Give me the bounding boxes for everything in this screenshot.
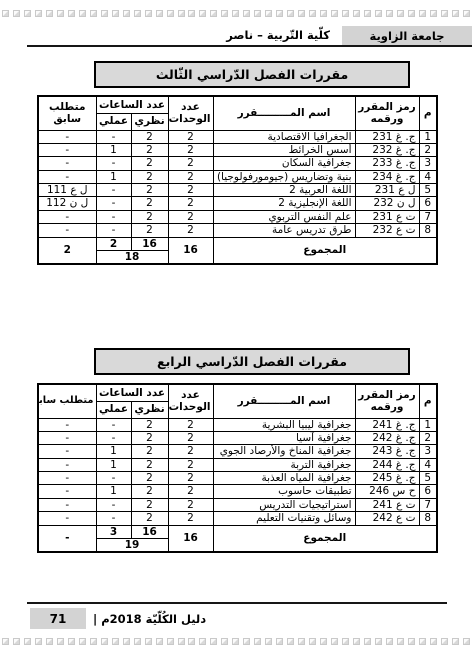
row-number-cell: 1 bbox=[419, 418, 437, 431]
row-number-cell: 5 bbox=[419, 184, 437, 197]
theory-hours-cell: 2 bbox=[131, 210, 168, 223]
row-number-cell: 3 bbox=[419, 157, 437, 170]
prerequisite-cell: - bbox=[38, 485, 96, 498]
total-hours-sum-cell: 18 bbox=[96, 250, 168, 264]
theory-hours-cell: 2 bbox=[131, 170, 168, 183]
prerequisite-cell: - bbox=[38, 472, 96, 485]
units-cell: 2 bbox=[168, 498, 213, 511]
page-number: 71 bbox=[50, 612, 67, 626]
course-code-cell: ج. غ 244 bbox=[355, 458, 419, 471]
ornament-square-icon bbox=[57, 638, 64, 645]
course-code-cell: ج. غ 234 bbox=[355, 170, 419, 183]
ornament-square-icon bbox=[419, 10, 426, 17]
prerequisite-cell: - bbox=[38, 143, 96, 156]
practical-hours-cell: 1 bbox=[96, 170, 131, 183]
prerequisite-cell: ل ن 112 bbox=[38, 197, 96, 210]
units-cell: 2 bbox=[168, 143, 213, 156]
table-body: 1ج. غ 231الجغرافيا الاقتصادية22--2ج. غ 2… bbox=[38, 130, 437, 237]
units-cell: 2 bbox=[168, 485, 213, 498]
ornament-square-icon bbox=[298, 10, 305, 17]
theory-hours-cell: 2 bbox=[131, 445, 168, 458]
prerequisite-cell: - bbox=[38, 210, 96, 223]
theory-hours-cell: 2 bbox=[131, 431, 168, 444]
practical-hours-cell: 1 bbox=[96, 143, 131, 156]
total-theory-cell: 16 bbox=[131, 525, 168, 538]
ornament-square-icon bbox=[463, 638, 470, 645]
theory-hours-cell: 2 bbox=[131, 184, 168, 197]
semester3-courses-table: م رمز المقرر ورقمه اسم المـــــــــقرر ع… bbox=[37, 95, 438, 265]
practical-hours-cell: - bbox=[96, 472, 131, 485]
university-name-box: جامعة الزاوية bbox=[342, 26, 472, 45]
ornament-square-icon bbox=[276, 10, 283, 17]
ornament-square-icon bbox=[221, 10, 228, 17]
course-code-cell: ج. غ 243 bbox=[355, 445, 419, 458]
row-number-cell: 8 bbox=[419, 224, 437, 237]
theory-hours-cell: 2 bbox=[131, 472, 168, 485]
course-name-cell: بنية وتضاريس (جيومورفولوجيا) bbox=[213, 170, 355, 183]
ornament-square-icon bbox=[101, 10, 108, 17]
row-number-cell: 8 bbox=[419, 512, 437, 525]
header-rule bbox=[27, 45, 472, 47]
course-name-cell: اللغة الإنجليزية 2 bbox=[213, 197, 355, 210]
ornament-square-icon bbox=[134, 638, 141, 645]
prerequisite-cell: - bbox=[38, 498, 96, 511]
ornament-square-icon bbox=[57, 10, 64, 17]
ornament-square-icon bbox=[156, 638, 163, 645]
practical-hours-cell: - bbox=[96, 197, 131, 210]
ornament-square-icon bbox=[364, 10, 371, 17]
top-ornament-border bbox=[2, 10, 470, 19]
row-number-cell: 6 bbox=[419, 485, 437, 498]
units-cell: 2 bbox=[168, 418, 213, 431]
prerequisite-cell: - bbox=[38, 224, 96, 237]
units-cell: 2 bbox=[168, 224, 213, 237]
ornament-square-icon bbox=[13, 10, 20, 17]
ornament-square-icon bbox=[309, 638, 316, 645]
theory-hours-cell: 2 bbox=[131, 458, 168, 471]
row-number-cell: 4 bbox=[419, 170, 437, 183]
course-code-cell: ج. غ 241 bbox=[355, 418, 419, 431]
course-row: 5ج. غ 245جغرافية المياه العذبة22-- bbox=[38, 472, 437, 485]
ornament-square-icon bbox=[452, 638, 459, 645]
total-label-cell: المجموع bbox=[213, 237, 437, 264]
course-code-cell: ج. غ 233 bbox=[355, 157, 419, 170]
ornament-square-icon bbox=[90, 638, 97, 645]
course-row: 6ل ن 232اللغة الإنجليزية 222-ل ن 112 bbox=[38, 197, 437, 210]
practical-hours-cell: - bbox=[96, 130, 131, 143]
course-name-cell: جغرافية آسيا bbox=[213, 431, 355, 444]
guide-label: دليل الكُلّيّة 2018م | bbox=[93, 612, 206, 626]
course-name-cell: جغرافية السكان bbox=[213, 157, 355, 170]
ornament-square-icon bbox=[364, 638, 371, 645]
col-header-course-name: اسم المـــــــــقرر bbox=[213, 384, 355, 418]
prerequisite-cell: - bbox=[38, 130, 96, 143]
ornament-square-icon bbox=[210, 10, 217, 17]
course-code-cell: ت ع 231 bbox=[355, 210, 419, 223]
ornament-square-icon bbox=[287, 638, 294, 645]
ornament-square-icon bbox=[287, 10, 294, 17]
prerequisite-cell: - bbox=[38, 512, 96, 525]
units-cell: 2 bbox=[168, 472, 213, 485]
semester3-title: مقررات الفصل الدّراسي الثّالث bbox=[156, 67, 348, 82]
ornament-square-icon bbox=[2, 638, 9, 645]
course-row: 8ت ع 232طرق تدريس عامة22-- bbox=[38, 224, 437, 237]
course-row: 2ج. غ 242جغرافية آسيا22-- bbox=[38, 431, 437, 444]
col-header-theory: نظري bbox=[131, 113, 168, 130]
course-code-cell: ل ن 232 bbox=[355, 197, 419, 210]
ornament-square-icon bbox=[101, 638, 108, 645]
col-header-course-name: اسم المـــــــــقرر bbox=[213, 96, 355, 130]
course-row: 1ج. غ 241جغرافية ليبيا البشرية22-- bbox=[38, 418, 437, 431]
units-cell: 2 bbox=[168, 130, 213, 143]
ornament-square-icon bbox=[265, 638, 272, 645]
prerequisite-cell: - bbox=[38, 445, 96, 458]
ornament-square-icon bbox=[232, 638, 239, 645]
col-header-course-code: رمز المقرر ورقمه bbox=[355, 384, 419, 418]
course-row: 4ج. غ 244جغرافية التربة221- bbox=[38, 458, 437, 471]
prerequisite-cell: - bbox=[38, 458, 96, 471]
course-name-cell: جغرافية ليبيا البشرية bbox=[213, 418, 355, 431]
total-units-cell: 16 bbox=[168, 237, 213, 264]
units-cell: 2 bbox=[168, 157, 213, 170]
practical-hours-cell: - bbox=[96, 418, 131, 431]
ornament-square-icon bbox=[452, 10, 459, 17]
prerequisite-cell: - bbox=[38, 431, 96, 444]
ornament-square-icon bbox=[35, 10, 42, 17]
ornament-square-icon bbox=[46, 638, 53, 645]
course-name-cell: وسائل وتقنيات التعليم bbox=[213, 512, 355, 525]
ornament-square-icon bbox=[386, 638, 393, 645]
course-name-cell: أسس الخرائط bbox=[213, 143, 355, 156]
total-practical-cell: 3 bbox=[96, 525, 131, 538]
total-theory-cell: 16 bbox=[131, 237, 168, 250]
ornament-square-icon bbox=[178, 10, 185, 17]
ornament-square-icon bbox=[276, 638, 283, 645]
total-prerequisite-cell: - bbox=[38, 525, 96, 552]
practical-hours-cell: - bbox=[96, 184, 131, 197]
course-row: 4ج. غ 234بنية وتضاريس (جيومورفولوجيا)221… bbox=[38, 170, 437, 183]
total-prerequisite-cell: 2 bbox=[38, 237, 96, 264]
course-code-cell: ج. غ 231 bbox=[355, 130, 419, 143]
ornament-square-icon bbox=[397, 638, 404, 645]
col-header-prerequisite: متطلب سابق bbox=[38, 384, 96, 418]
ornament-square-icon bbox=[156, 10, 163, 17]
ornament-square-icon bbox=[134, 10, 141, 17]
course-row: 3ج. غ 243جغرافية المناخ والأرصاد الجوي22… bbox=[38, 445, 437, 458]
course-row: 2ج. غ 232أسس الخرائط221- bbox=[38, 143, 437, 156]
units-cell: 2 bbox=[168, 431, 213, 444]
theory-hours-cell: 2 bbox=[131, 130, 168, 143]
ornament-square-icon bbox=[145, 638, 152, 645]
ornament-square-icon bbox=[167, 10, 174, 17]
ornament-square-icon bbox=[68, 638, 75, 645]
units-cell: 2 bbox=[168, 170, 213, 183]
document-page: جامعة الزاوية كلّية التّربية – ناصر مقرر… bbox=[0, 0, 472, 668]
theory-hours-cell: 2 bbox=[131, 224, 168, 237]
ornament-square-icon bbox=[320, 638, 327, 645]
theory-hours-cell: 2 bbox=[131, 157, 168, 170]
ornament-square-icon bbox=[430, 10, 437, 17]
course-row: 5ل ع 231اللغة العربية 222-ل ع 111 bbox=[38, 184, 437, 197]
course-row: 8ت ع 242وسائل وتقنيات التعليم22-- bbox=[38, 512, 437, 525]
ornament-square-icon bbox=[441, 10, 448, 17]
row-number-cell: 7 bbox=[419, 498, 437, 511]
ornament-square-icon bbox=[408, 10, 415, 17]
course-row: 1ج. غ 231الجغرافيا الاقتصادية22-- bbox=[38, 130, 437, 143]
row-number-cell: 3 bbox=[419, 445, 437, 458]
ornament-square-icon bbox=[2, 10, 9, 17]
units-cell: 2 bbox=[168, 210, 213, 223]
prerequisite-cell: - bbox=[38, 418, 96, 431]
course-row: 7ت ع 241استراتيجيات التدريس22-- bbox=[38, 498, 437, 511]
course-code-cell: ل ع 231 bbox=[355, 184, 419, 197]
col-header-theory: نظري bbox=[131, 401, 168, 418]
ornament-square-icon bbox=[331, 638, 338, 645]
faculty-name: كلّية التّربية – ناصر bbox=[226, 28, 330, 42]
page-number-box: 71 bbox=[30, 608, 86, 629]
ornament-square-icon bbox=[79, 10, 86, 17]
practical-hours-cell: - bbox=[96, 224, 131, 237]
footer: 71 دليل الكُلّيّة 2018م | bbox=[30, 608, 206, 629]
theory-hours-cell: 2 bbox=[131, 197, 168, 210]
table-totals: المجموع 16 16 3 - 19 bbox=[38, 525, 437, 552]
units-cell: 2 bbox=[168, 512, 213, 525]
ornament-square-icon bbox=[342, 638, 349, 645]
theory-hours-cell: 2 bbox=[131, 143, 168, 156]
course-code-cell: ت ع 232 bbox=[355, 224, 419, 237]
prerequisite-cell: ل ع 111 bbox=[38, 184, 96, 197]
practical-hours-cell: - bbox=[96, 210, 131, 223]
col-header-course-code: رمز المقرر ورقمه bbox=[355, 96, 419, 130]
practical-hours-cell: - bbox=[96, 157, 131, 170]
practical-hours-cell: - bbox=[96, 431, 131, 444]
course-row: 3ج. غ 233جغرافية السكان22-- bbox=[38, 157, 437, 170]
ornament-square-icon bbox=[90, 10, 97, 17]
col-header-hours: عدد الساعات bbox=[96, 96, 168, 113]
row-number-cell: 5 bbox=[419, 472, 437, 485]
ornament-square-icon bbox=[331, 10, 338, 17]
row-number-cell: 1 bbox=[419, 130, 437, 143]
ornament-square-icon bbox=[46, 10, 53, 17]
col-header-units: عدد الوحدات bbox=[168, 96, 213, 130]
ornament-square-icon bbox=[342, 10, 349, 17]
ornament-square-icon bbox=[397, 10, 404, 17]
ornament-square-icon bbox=[298, 638, 305, 645]
ornament-square-icon bbox=[254, 638, 261, 645]
bottom-ornament-border bbox=[2, 638, 470, 647]
table-body: 1ج. غ 241جغرافية ليبيا البشرية22--2ج. غ … bbox=[38, 418, 437, 525]
ornament-square-icon bbox=[210, 638, 217, 645]
practical-hours-cell: - bbox=[96, 512, 131, 525]
course-code-cell: ج. غ 245 bbox=[355, 472, 419, 485]
ornament-square-icon bbox=[254, 10, 261, 17]
ornament-square-icon bbox=[430, 638, 437, 645]
ornament-square-icon bbox=[112, 10, 119, 17]
footer-rule bbox=[27, 602, 447, 604]
ornament-square-icon bbox=[320, 10, 327, 17]
ornament-square-icon bbox=[167, 638, 174, 645]
course-row: 7ت ع 231علم النفس التربوي22-- bbox=[38, 210, 437, 223]
semester4-title: مقررات الفصل الدّراسي الرابع bbox=[157, 354, 347, 369]
course-name-cell: الجغرافيا الاقتصادية bbox=[213, 130, 355, 143]
practical-hours-cell: 1 bbox=[96, 445, 131, 458]
col-header-practical: عملي bbox=[96, 113, 131, 130]
row-number-cell: 4 bbox=[419, 458, 437, 471]
ornament-square-icon bbox=[232, 10, 239, 17]
course-row: 6ح س 246تطبيقات حاسوب221- bbox=[38, 485, 437, 498]
ornament-square-icon bbox=[353, 10, 360, 17]
ornament-square-icon bbox=[441, 638, 448, 645]
ornament-square-icon bbox=[243, 10, 250, 17]
ornament-square-icon bbox=[188, 638, 195, 645]
ornament-square-icon bbox=[79, 638, 86, 645]
ornament-square-icon bbox=[221, 638, 228, 645]
col-header-number: م bbox=[419, 384, 437, 418]
course-code-cell: ح س 246 bbox=[355, 485, 419, 498]
ornament-square-icon bbox=[375, 10, 382, 17]
ornament-square-icon bbox=[35, 638, 42, 645]
ornament-square-icon bbox=[419, 638, 426, 645]
table-header: م رمز المقرر ورقمه اسم المـــــــــقرر ع… bbox=[38, 96, 437, 130]
practical-hours-cell: 1 bbox=[96, 458, 131, 471]
theory-hours-cell: 2 bbox=[131, 512, 168, 525]
ornament-square-icon bbox=[123, 10, 130, 17]
table-totals: المجموع 16 16 2 2 18 bbox=[38, 237, 437, 264]
ornament-square-icon bbox=[112, 638, 119, 645]
col-header-practical: عملي bbox=[96, 401, 131, 418]
ornament-square-icon bbox=[309, 10, 316, 17]
col-header-units: عدد الوحدات bbox=[168, 384, 213, 418]
ornament-square-icon bbox=[13, 638, 20, 645]
course-name-cell: تطبيقات حاسوب bbox=[213, 485, 355, 498]
ornament-square-icon bbox=[463, 10, 470, 17]
row-number-cell: 7 bbox=[419, 210, 437, 223]
prerequisite-cell: - bbox=[38, 157, 96, 170]
course-name-cell: جغرافية المناخ والأرصاد الجوي bbox=[213, 445, 355, 458]
course-name-cell: علم النفس التربوي bbox=[213, 210, 355, 223]
row-number-cell: 6 bbox=[419, 197, 437, 210]
ornament-square-icon bbox=[243, 638, 250, 645]
semester4-title-box: مقررات الفصل الدّراسي الرابع bbox=[94, 348, 410, 375]
course-name-cell: جغرافية المياه العذبة bbox=[213, 472, 355, 485]
theory-hours-cell: 2 bbox=[131, 418, 168, 431]
units-cell: 2 bbox=[168, 445, 213, 458]
col-header-prerequisite: متطلب سابق bbox=[38, 96, 96, 130]
units-cell: 2 bbox=[168, 184, 213, 197]
ornament-square-icon bbox=[188, 10, 195, 17]
col-header-hours: عدد الساعات bbox=[96, 384, 168, 401]
ornament-square-icon bbox=[199, 638, 206, 645]
total-hours-sum-cell: 19 bbox=[96, 538, 168, 552]
col-header-number: م bbox=[419, 96, 437, 130]
theory-hours-cell: 2 bbox=[131, 485, 168, 498]
course-code-cell: ت ع 241 bbox=[355, 498, 419, 511]
ornament-square-icon bbox=[145, 10, 152, 17]
semester4-courses-table: م رمز المقرر ورقمه اسم المـــــــــقرر ع… bbox=[37, 383, 438, 553]
total-units-cell: 16 bbox=[168, 525, 213, 552]
row-number-cell: 2 bbox=[419, 431, 437, 444]
practical-hours-cell: - bbox=[96, 498, 131, 511]
ornament-square-icon bbox=[353, 638, 360, 645]
ornament-square-icon bbox=[386, 10, 393, 17]
total-practical-cell: 2 bbox=[96, 237, 131, 250]
course-code-cell: ج. غ 242 bbox=[355, 431, 419, 444]
ornament-square-icon bbox=[265, 10, 272, 17]
ornament-square-icon bbox=[24, 10, 31, 17]
ornament-square-icon bbox=[199, 10, 206, 17]
course-name-cell: استراتيجيات التدريس bbox=[213, 498, 355, 511]
ornament-square-icon bbox=[68, 10, 75, 17]
units-cell: 2 bbox=[168, 458, 213, 471]
semester3-title-box: مقررات الفصل الدّراسي الثّالث bbox=[94, 61, 410, 88]
units-cell: 2 bbox=[168, 197, 213, 210]
row-number-cell: 2 bbox=[419, 143, 437, 156]
course-code-cell: ت ع 242 bbox=[355, 512, 419, 525]
ornament-square-icon bbox=[178, 638, 185, 645]
practical-hours-cell: 1 bbox=[96, 485, 131, 498]
course-name-cell: طرق تدريس عامة bbox=[213, 224, 355, 237]
ornament-square-icon bbox=[123, 638, 130, 645]
ornament-square-icon bbox=[375, 638, 382, 645]
ornament-square-icon bbox=[24, 638, 31, 645]
university-name: جامعة الزاوية bbox=[370, 29, 445, 43]
course-name-cell: اللغة العربية 2 bbox=[213, 184, 355, 197]
table-header: م رمز المقرر ورقمه اسم المـــــــــقرر ع… bbox=[38, 384, 437, 418]
total-label-cell: المجموع bbox=[213, 525, 437, 552]
theory-hours-cell: 2 bbox=[131, 498, 168, 511]
ornament-square-icon bbox=[408, 638, 415, 645]
prerequisite-cell: - bbox=[38, 170, 96, 183]
course-name-cell: جغرافية التربة bbox=[213, 458, 355, 471]
course-code-cell: ج. غ 232 bbox=[355, 143, 419, 156]
